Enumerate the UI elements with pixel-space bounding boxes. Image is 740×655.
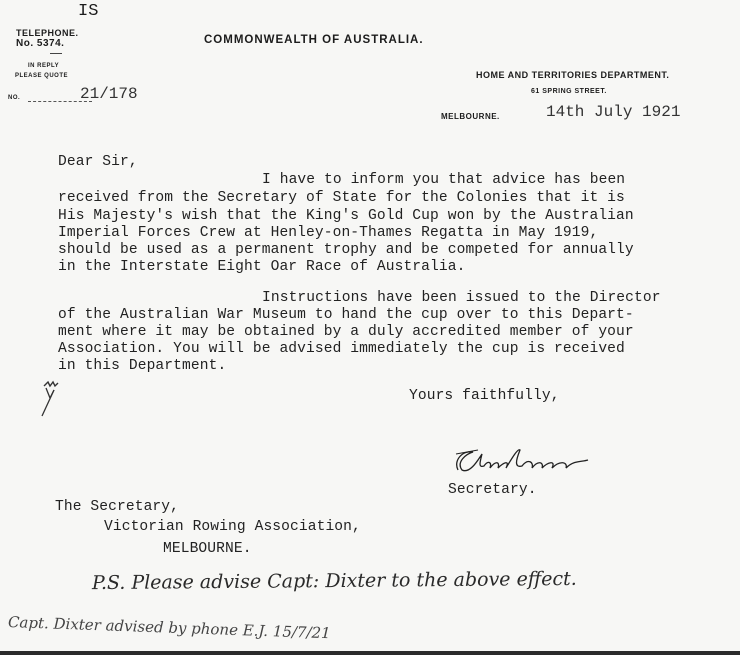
quote-label: PLEASE QUOTE xyxy=(15,73,68,79)
phone-note-handwritten: Capt. Dixter advised by phone E.J. 15/7/… xyxy=(8,613,331,642)
ref-prefix: NO. xyxy=(8,95,20,101)
street-address: 61 SPRING STREET. xyxy=(531,88,607,95)
body-line: received from the Secretary of State for… xyxy=(58,189,625,207)
body-line: I have to inform you that advice has bee… xyxy=(262,171,625,189)
signatory-title: Secretary. xyxy=(448,481,537,499)
department-name: HOME AND TERRITORIES DEPARTMENT. xyxy=(476,70,669,80)
body-line: in this Department. xyxy=(58,357,226,375)
scan-edge xyxy=(0,651,740,655)
body-line: Imperial Forces Crew at Henley-on-Thames… xyxy=(58,224,598,242)
body-line: Instructions have been issued to the Dir… xyxy=(262,289,661,307)
postscript-handwritten: P.S. Please advise Capt: Dixter to the a… xyxy=(92,568,577,594)
addressee-line: Victorian Rowing Association, xyxy=(104,518,361,536)
body-line: His Majesty's wish that the King's Gold … xyxy=(58,207,634,225)
reply-label: IN REPLY xyxy=(28,63,59,69)
signature xyxy=(448,440,598,480)
body-line: should be used as a permanent trophy and… xyxy=(58,241,634,259)
body-line: ment where it may be obtained by a duly … xyxy=(58,323,634,341)
letter-date: 14th July 1921 xyxy=(546,103,680,121)
body-line: Association. You will be advised immedia… xyxy=(58,340,625,358)
addressee-line: MELBOURNE. xyxy=(163,540,252,558)
closing: Yours faithfully, xyxy=(409,387,560,405)
margin-initials xyxy=(38,380,68,420)
addressee-line: The Secretary, xyxy=(55,498,179,516)
letterhead-title: COMMONWEALTH OF AUSTRALIA. xyxy=(204,34,424,46)
top-mark: IS xyxy=(78,2,98,21)
telephone-label: TELEPHONE. xyxy=(16,28,79,38)
ref-number: 21/178 xyxy=(80,85,138,103)
divider xyxy=(50,53,62,54)
city: MELBOURNE. xyxy=(441,112,500,121)
body-line: in the Interstate Eight Oar Race of Aust… xyxy=(58,258,465,276)
body-line: of the Australian War Museum to hand the… xyxy=(58,306,634,324)
telephone-number: No. 5374. xyxy=(16,38,64,49)
salutation: Dear Sir, xyxy=(58,153,138,171)
